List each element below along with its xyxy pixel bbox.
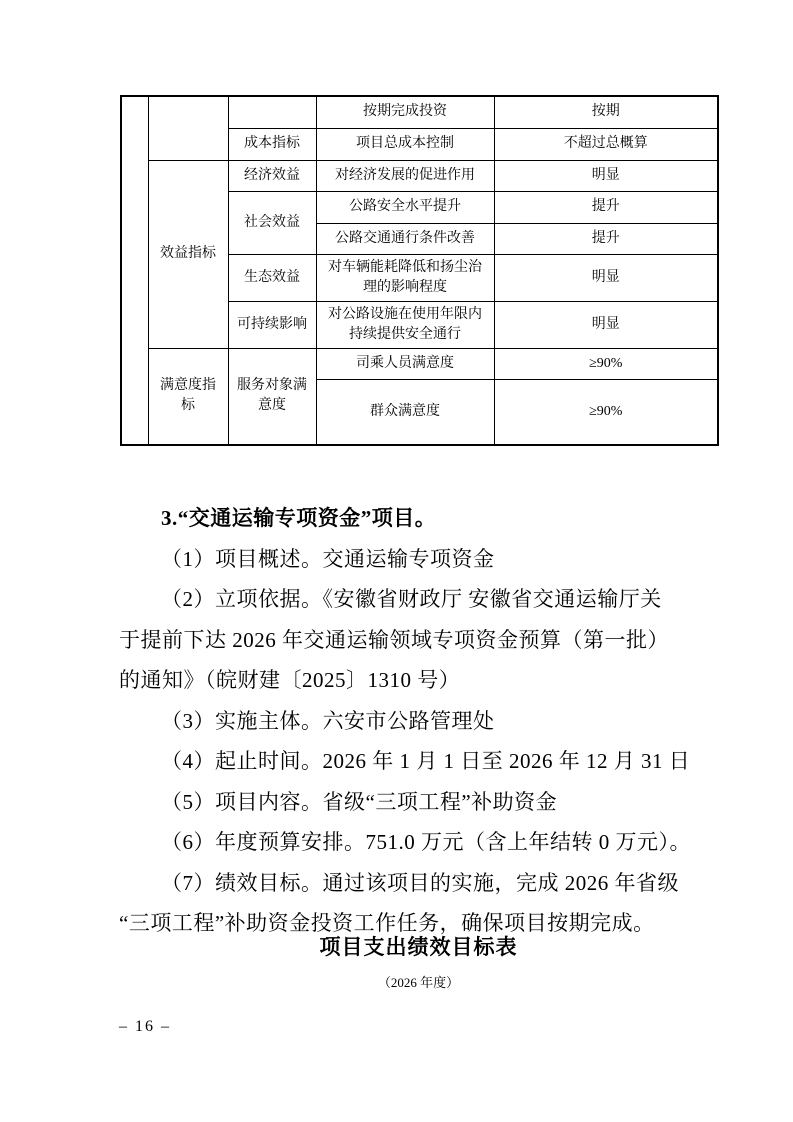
table-row: 效益指标 经济效益 对经济发展的促进作用 明显 bbox=[121, 160, 718, 191]
subcategory-cell: 成本指标 bbox=[228, 128, 316, 160]
next-table-title: 项目支出绩效目标表 bbox=[120, 931, 717, 961]
section-heading: 3.“交通运输专项资金”项目。 bbox=[119, 498, 685, 539]
subcategory-cell: 生态效益 bbox=[228, 254, 316, 301]
indicator-cell: 对公路设施在使用年限内 持续提供安全通行 bbox=[316, 301, 494, 348]
document-page: 按期完成投资 按期 成本指标 项目总成本控制 不超过总概算 效益指标 经济效益 … bbox=[0, 0, 793, 1122]
category-cell: 效益指标 bbox=[148, 160, 228, 348]
indicator-cell: 对经济发展的促进作用 bbox=[316, 160, 494, 191]
body-line: （4）起止时间。2026 年 1 月 1 日至 2026 年 12 月 31 日 bbox=[119, 741, 685, 782]
table-row: 满意度指 标 服务对象满 意度 司乘人员满意度 ≥90% bbox=[121, 348, 718, 379]
indicator-cell: 公路交通通行条件改善 bbox=[316, 223, 494, 254]
body-line: 于提前下达 2026 年交通运输领域专项资金预算（第一批） bbox=[119, 620, 685, 661]
subcategory-cell: 服务对象满 意度 bbox=[228, 348, 316, 445]
table-row: 按期完成投资 按期 bbox=[121, 96, 718, 128]
indicator-cell: 按期完成投资 bbox=[316, 96, 494, 128]
category-cell: 满意度指 标 bbox=[148, 348, 228, 445]
section-body: 3.“交通运输专项资金”项目。 （1）项目概述。交通运输专项资金 （2）立项依据… bbox=[119, 498, 685, 944]
target-cell: 明显 bbox=[494, 301, 718, 348]
left-margin-cell bbox=[121, 96, 148, 445]
subcategory-cell: 社会效益 bbox=[228, 191, 316, 254]
category-cell bbox=[148, 96, 228, 160]
target-cell: 明显 bbox=[494, 160, 718, 191]
target-cell: 按期 bbox=[494, 96, 718, 128]
body-line: （7）绩效目标。通过该项目的实施，完成 2026 年省级 bbox=[119, 863, 685, 904]
target-cell: 不超过总概算 bbox=[494, 128, 718, 160]
indicator-cell: 群众满意度 bbox=[316, 379, 494, 445]
indicator-cell: 对车辆能耗降低和扬尘治 理的影响程度 bbox=[316, 254, 494, 301]
next-table-subtitle: （2026 年度） bbox=[120, 972, 717, 991]
subcategory-cell bbox=[228, 96, 316, 128]
subcategory-cell: 可持续影响 bbox=[228, 301, 316, 348]
body-line: （2）立项依据。《安徽省财政厅 安徽省交通运输厅关 bbox=[119, 579, 685, 620]
performance-indicator-table: 按期完成投资 按期 成本指标 项目总成本控制 不超过总概算 效益指标 经济效益 … bbox=[120, 95, 719, 446]
body-line: （3）实施主体。六安市公路管理处 bbox=[119, 701, 685, 742]
body-line: （5）项目内容。省级“三项工程”补助资金 bbox=[119, 782, 685, 823]
indicator-cell: 公路安全水平提升 bbox=[316, 191, 494, 223]
subcategory-cell: 经济效益 bbox=[228, 160, 316, 191]
indicator-cell: 项目总成本控制 bbox=[316, 128, 494, 160]
page-number: – 16 – bbox=[119, 1018, 171, 1036]
body-line: （6）年度预算安排。751.0 万元（含上年结转 0 万元）。 bbox=[119, 822, 685, 863]
body-line: （1）项目概述。交通运输专项资金 bbox=[119, 539, 685, 580]
target-cell: ≥90% bbox=[494, 348, 718, 379]
target-cell: 提升 bbox=[494, 191, 718, 223]
target-cell: 提升 bbox=[494, 223, 718, 254]
body-line: 的通知》（皖财建〔2025〕1310 号） bbox=[119, 660, 685, 701]
target-cell: 明显 bbox=[494, 254, 718, 301]
target-cell: ≥90% bbox=[494, 379, 718, 445]
indicator-cell: 司乘人员满意度 bbox=[316, 348, 494, 379]
